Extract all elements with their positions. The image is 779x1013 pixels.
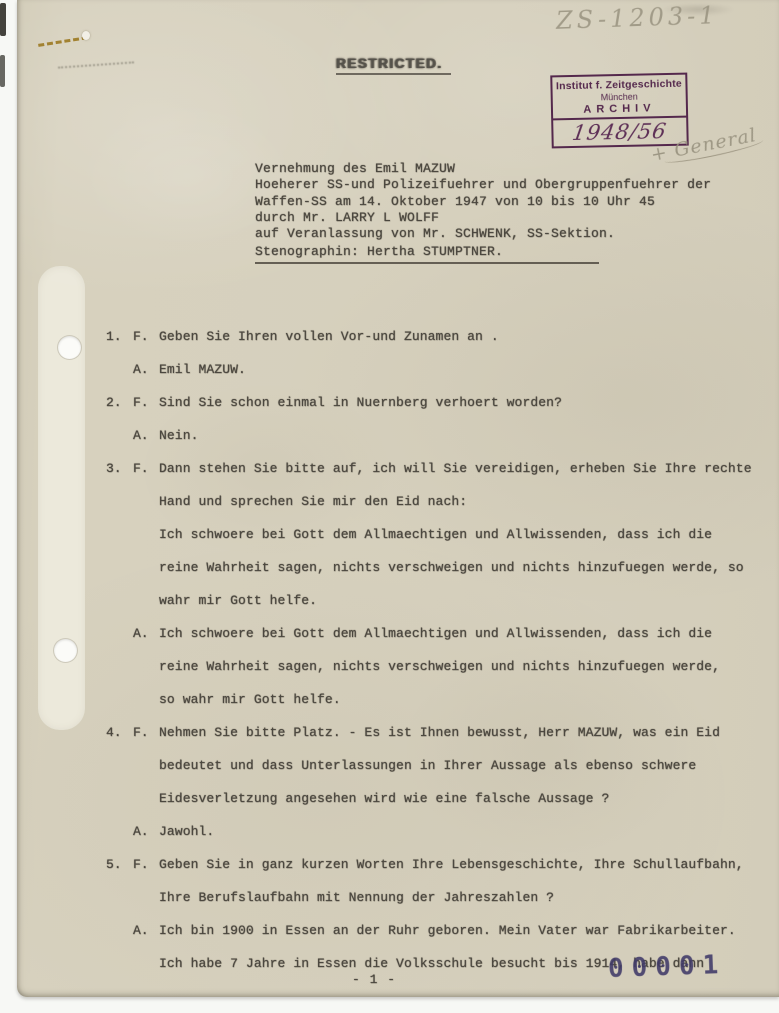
question-label: F. [133, 716, 159, 749]
header-line: auf Veranlassung von Mr. SCHWENK, SS-Sek… [255, 226, 711, 242]
question-text: Geben Sie Ihren vollen Vor-und Zunamen a… [159, 320, 776, 353]
scan-edge-artifact [0, 3, 6, 36]
text-line: Nehmen Sie bitte Platz. - Es ist Ihnen b… [159, 716, 776, 749]
question-label: F. [133, 386, 159, 419]
archive-reference-handwriting: ZS-1203-1 [556, 1, 719, 35]
question-number: 2. [106, 386, 133, 419]
question-label: F. [133, 452, 159, 485]
qa-item: 2. F. Sind Sie schon einmal in Nuernberg… [106, 386, 776, 452]
qa-item: 4. F. Nehmen Sie bitte Platz. - Es ist I… [106, 716, 776, 848]
punch-hole-top [58, 336, 81, 359]
smudge-mark [58, 61, 134, 68]
text-line: Geben Sie in ganz kurzen Worten Ihre Leb… [159, 848, 776, 881]
header-line: durch Mr. LARRY L WOLFF [255, 210, 711, 226]
answer-label: A. [133, 815, 159, 848]
text-line: Emil MAZUW. [159, 353, 776, 386]
text-line: Geben Sie Ihren vollen Vor-und Zunamen a… [159, 320, 776, 353]
answer-label: A. [133, 617, 159, 650]
stamp-archive-text: ARCHIV [555, 102, 684, 117]
document-page: ZS-1203-1 RESTRICTED. Institut f. Zeitge… [17, 0, 779, 997]
archive-stamp: Institut f. Zeitgeschichte München ARCHI… [550, 73, 688, 149]
header-line: Vernehmung des Emil MAZUW [255, 161, 711, 177]
text-line: Eidesverletzung angesehen wird wie eine … [159, 782, 776, 815]
page-number: - 1 - [352, 972, 396, 987]
text-line: Ich schwoere bei Gott dem Allmaechtigen … [159, 617, 776, 650]
question-text: Sind Sie schon einmal in Nuernberg verho… [159, 386, 776, 419]
answer-row: A. Nein. [106, 419, 776, 452]
header-line: Stenographin: Hertha STUMPTNER. [255, 244, 599, 263]
classification-heading: RESTRICTED. [336, 56, 451, 75]
answer-row: A. Jawohl. [106, 815, 776, 848]
question-row: 2. F. Sind Sie schon einmal in Nuernberg… [106, 386, 776, 419]
question-text: Geben Sie in ganz kurzen Worten Ihre Leb… [159, 848, 776, 914]
text-line: Jawohl. [159, 815, 776, 848]
punch-hole-bottom [54, 639, 77, 662]
header-line: Waffen-SS am 14. Oktober 1947 von 10 bis… [255, 194, 711, 210]
question-row: 3. F. Dann stehen Sie bitte auf, ich wil… [106, 452, 776, 617]
answer-label: A. [133, 914, 159, 947]
answer-text: Emil MAZUW. [159, 353, 776, 386]
qa-item: 1. F. Geben Sie Ihren vollen Vor-und Zun… [106, 320, 776, 386]
archive-stamp-box: Institut f. Zeitgeschichte München ARCHI… [550, 73, 688, 121]
answer-label: A. [133, 353, 159, 386]
question-row: 5. F. Geben Sie in ganz kurzen Worten Ih… [106, 848, 776, 914]
question-text: Nehmen Sie bitte Platz. - Es ist Ihnen b… [159, 716, 776, 815]
question-label: F. [133, 320, 159, 353]
question-row: 4. F. Nehmen Sie bitte Platz. - Es ist I… [106, 716, 776, 815]
text-line: Hand und sprechen Sie mir den Eid nach: [159, 485, 776, 518]
qa-item: 3. F. Dann stehen Sie bitte auf, ich wil… [106, 452, 776, 716]
text-line: reine Wahrheit sagen, nichts verschweige… [159, 551, 776, 584]
question-text: Dann stehen Sie bitte auf, ich will Sie … [159, 452, 776, 617]
answer-label: A. [133, 419, 159, 452]
header-line: Hoeherer SS-und Polizeifuehrer und Oberg… [255, 177, 711, 193]
question-label: F. [133, 848, 159, 881]
question-number: 1. [106, 320, 133, 353]
scanned-document: ZS-1203-1 RESTRICTED. Institut f. Zeitge… [0, 0, 779, 1013]
text-line: so wahr mir Gott helfe. [159, 683, 776, 716]
question-row: 1. F. Geben Sie Ihren vollen Vor-und Zun… [106, 320, 776, 353]
scan-edge-artifact [0, 55, 5, 87]
answer-row: A. Emil MAZUW. [106, 353, 776, 386]
document-number-stamp: 00001 [608, 950, 727, 984]
qa-section: 1. F. Geben Sie Ihren vollen Vor-und Zun… [106, 320, 776, 980]
text-line: Nein. [159, 419, 776, 452]
text-line: bedeutet und dass Unterlassungen in Ihre… [159, 749, 776, 782]
text-line: Ihre Berufslaufbahn mit Nennung der Jahr… [159, 881, 776, 914]
question-number: 5. [106, 848, 133, 881]
tape-stain-mark [38, 36, 88, 47]
text-line: Sind Sie schon einmal in Nuernberg verho… [159, 386, 776, 419]
text-line: Ich bin 1900 in Essen an der Ruhr gebore… [159, 914, 776, 947]
answer-text: Ich schwoere bei Gott dem Allmaechtigen … [159, 617, 776, 716]
text-line: wahr mir Gott helfe. [159, 584, 776, 617]
text-line: Ich schwoere bei Gott dem Allmaechtigen … [159, 518, 776, 551]
question-number: 3. [106, 452, 133, 485]
paper-chip-mark [82, 31, 90, 40]
question-number: 4. [106, 716, 133, 749]
interrogation-header: Vernehmung des Emil MAZUWHoeherer SS-und… [255, 161, 711, 264]
answer-text: Jawohl. [159, 815, 776, 848]
text-line: reine Wahrheit sagen, nichts verschweige… [159, 650, 776, 683]
text-line: Dann stehen Sie bitte auf, ich will Sie … [159, 452, 776, 485]
answer-text: Nein. [159, 419, 776, 452]
answer-row: A. Ich schwoere bei Gott dem Allmaechtig… [106, 617, 776, 716]
stamp-accession-number: 1948/56 [571, 119, 669, 145]
